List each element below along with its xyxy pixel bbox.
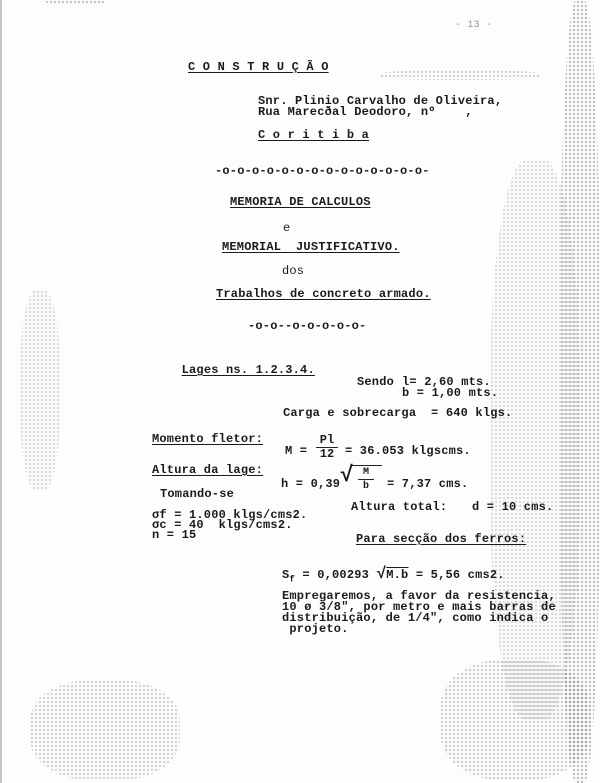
section-title: Lages ns. 1.2.3.4. <box>152 352 315 388</box>
sf-formula: Sf = 0,00293 √M.b = 5,56 cms2. <box>282 568 505 585</box>
bottom-right-smudge <box>440 660 590 780</box>
heading-of: dos <box>282 265 304 277</box>
momento-lhs: M = <box>285 445 307 457</box>
momento-denominator: 12 <box>316 449 338 460</box>
right-smudge <box>490 160 580 720</box>
sf-sqrt-sign: √ <box>376 565 386 583</box>
seccao-label: Para secção dos ferros: <box>356 533 526 545</box>
separator-long: -o-o-o-o-o-o-o-o-o-o-o-o-o-o- <box>215 165 430 177</box>
load-value: Carga e sobrecarga = 640 klgs. <box>283 407 512 419</box>
altura-numerator: M <box>358 467 374 478</box>
altura-label: Altura da lage: <box>152 464 263 476</box>
sf-coefficient: = 0,00293 <box>295 568 369 582</box>
page-number: - 13 - <box>455 20 492 32</box>
altura-total-label: Altura total: <box>351 501 447 513</box>
altura-denominator: b <box>358 481 374 492</box>
momento-result: = 36.053 klgscms. <box>345 445 471 457</box>
momento-numerator: Pl <box>316 435 338 446</box>
tomando-label: Tomando-se <box>160 488 234 500</box>
altura-result: = 7,37 cms. <box>387 478 468 490</box>
momento-label: Momento fletor: <box>152 433 263 445</box>
section-label: Lages ns. <box>182 363 249 377</box>
sf-result: = 5,56 cms2. <box>408 568 504 582</box>
bottom-left-smudge <box>30 680 180 780</box>
recipient-city: C o r i t i b a <box>258 129 369 141</box>
left-smudge <box>20 290 60 490</box>
altura-lhs: h = 0,39 <box>281 478 340 490</box>
conclusion-line-4: projeto. <box>282 623 349 635</box>
recipient-address: Rua Marecðal Deodoro, nº , <box>258 106 473 118</box>
document-title: C O N S T R U Ç Ã O <box>188 61 329 73</box>
section-numbers: 1.2.3.4. <box>248 363 315 377</box>
sqrt-overline <box>352 465 382 466</box>
heading-and: e <box>283 222 290 234</box>
heading-memoria-calculos: MEMORIA DE CALCULOS <box>230 196 371 208</box>
bleed-through-text <box>380 70 540 80</box>
sendo-label: Sendo <box>357 376 394 388</box>
top-left-mark <box>45 0 105 4</box>
separator-short: -o-o--o-o-o-o-o- <box>248 320 366 332</box>
left-scan-edge <box>0 0 2 783</box>
heading-memorial-justificativo: MEMORIAL JUSTIFICATIVO. <box>222 241 400 253</box>
momento-fraction: Pl 12 <box>316 435 338 460</box>
altura-total-value: d = 10 cms. <box>472 501 553 513</box>
sqrt-sign: √ <box>340 466 353 486</box>
heading-trabalhos: Trabalhos de concreto armado. <box>216 288 431 300</box>
width-value: b = 1,00 mts. <box>402 387 498 399</box>
altura-fraction: M b <box>358 467 374 492</box>
scanned-page: - 13 - C O N S T R U Ç Ã O Snr. Plinio C… <box>0 0 600 783</box>
sf-radicand: M.b <box>386 568 408 582</box>
n-value: n = 15 <box>152 529 196 541</box>
